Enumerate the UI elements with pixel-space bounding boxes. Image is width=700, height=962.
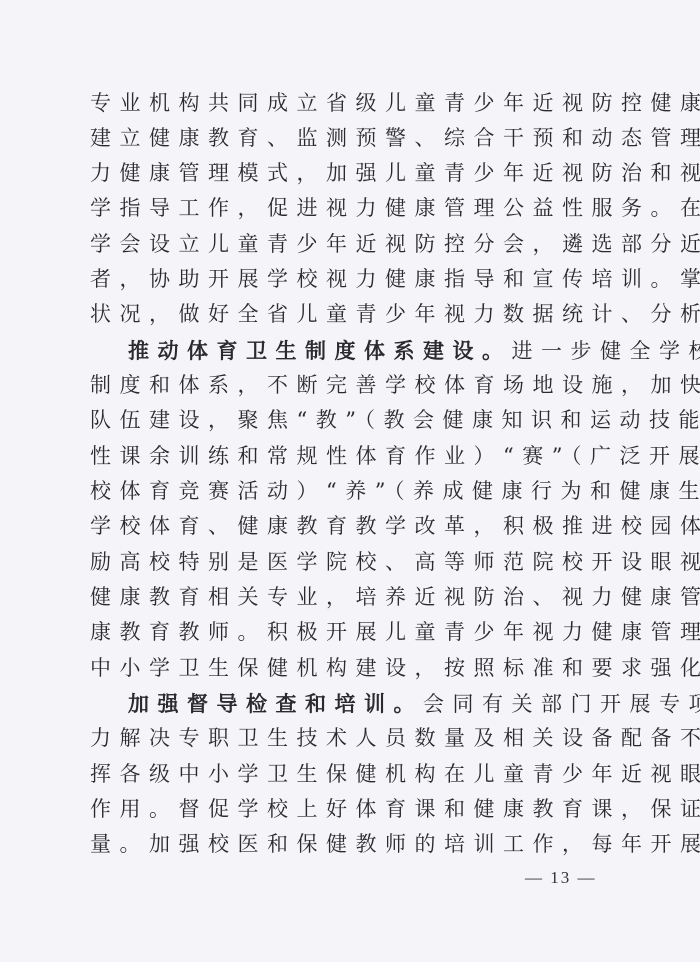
page-number: — 13 — [525, 868, 597, 888]
text-line: 专业机构共同成立省级儿童青少年近视防控健康管理指导中心， [90, 86, 630, 121]
text-line: 校体育竞赛活动）“养”（养成健康行为和健康生活方式），深化 [90, 474, 630, 509]
text-line: 挥各级中小学卫生保健机构在儿童青少年近视眼防控工作方面的 [90, 757, 630, 792]
text-line: 制度和体系，不断完善学校体育场地设施，加快体育与健康师资 [90, 368, 630, 403]
paragraph-heading-line: 推动体育卫生制度体系建设。进一步健全学校体育卫生发展 [128, 333, 668, 368]
paragraph-heading-line: 加强督导检查和培训。会同有关部门开展专项督导检查，着 [128, 686, 668, 721]
document-page: 专业机构共同成立省级儿童青少年近视防控健康管理指导中心， 建立健康教育、监测预警… [0, 0, 700, 962]
text-line: 力解决专职卫生技术人员数量及相关设备配备不足问题，充分发 [90, 721, 630, 756]
text-line: 作用。督促学校上好体育课和健康教育课，保证体育锻炼时间质 [90, 792, 630, 827]
text-line: 健康教育相关专业，培养近视防治、视力健康管理专门人才和健 [90, 580, 630, 615]
text-line: 学会设立儿童青少年近视防控分会，遴选部分近视防控专家学 [90, 227, 630, 262]
text-line: 性课余训练和常规性体育作业）“赛”（广泛开展班级、年级和跨 [90, 439, 630, 474]
text-line: 中小学卫生保健机构建设，按照标准和要求强化人员和设备配备。 [90, 651, 630, 686]
text-span: 进一步健全学校体育卫生发展 [512, 339, 700, 363]
text-line: 力健康管理模式，加强儿童青少年近视防治和视力健康管理及科 [90, 156, 630, 191]
text-line: 康教育教师。积极开展儿童青少年视力健康管理相关研究。加强 [90, 615, 630, 650]
text-line: 队伍建设，聚焦“教”（教会健康知识和运动技能）“练”（经常 [90, 403, 630, 438]
section-heading: 加强督导检查和培训。 [128, 691, 423, 716]
text-line: 量。加强校医和保健教师的培训工作，每年开展近视眼防治知识 [90, 827, 630, 862]
section-heading: 推动体育卫生制度体系建设。 [128, 338, 512, 363]
text-line: 状况，做好全省儿童青少年视力数据统计、分析工作。 [90, 297, 630, 332]
text-line: 励高校特别是医学院校、高等师范院校开设眼视光、健康管理、 [90, 545, 630, 580]
text-line: 者，协助开展学校视力健康指导和宣传培训。掌握学生体质健康 [90, 262, 630, 297]
text-line: 建立健康教育、监测预警、综合干预和动态管理于一体的学生视 [90, 121, 630, 156]
text-line: 学校体育、健康教育教学改革，积极推进校园体育项目建设。鼓 [90, 509, 630, 544]
text-line: 学指导工作，促进视力健康管理公益性服务。在河南省学校卫生 [90, 191, 630, 226]
text-span: 会同有关部门开展专项督导检查，着 [423, 692, 700, 716]
